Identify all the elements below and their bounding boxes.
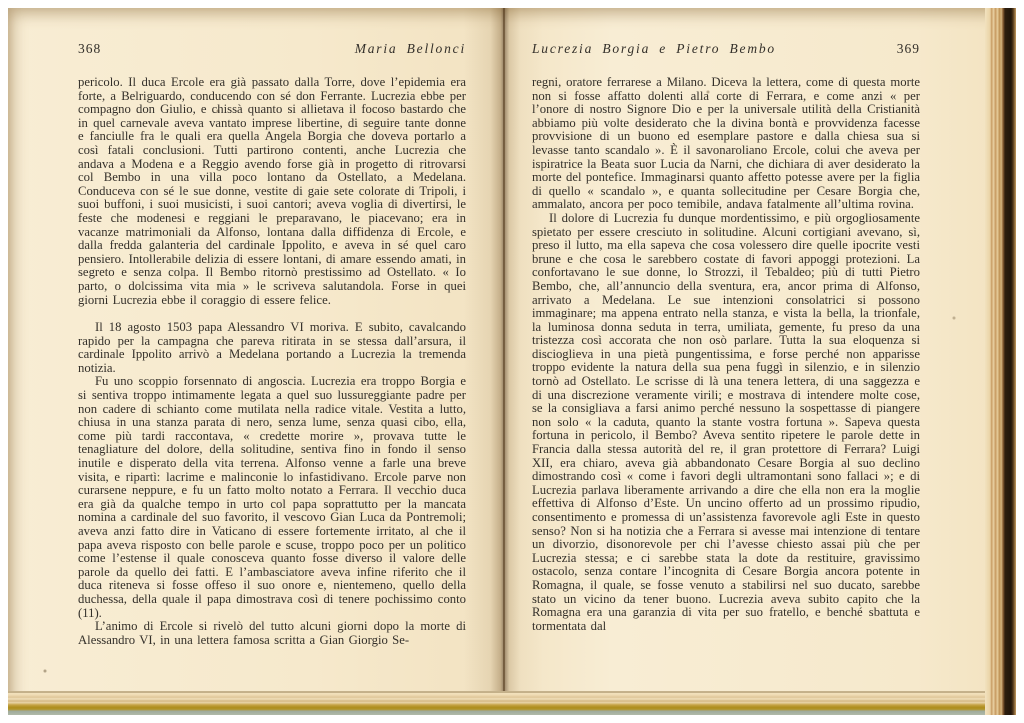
right-page: Lucrezia Borgia e Pietro Bembo 369 regni…: [532, 42, 920, 633]
left-page-header: 368 Maria Bellonci: [78, 42, 466, 56]
book-spread-scan: 368 Maria Bellonci pericolo. Il duca Erc…: [8, 8, 1016, 715]
left-folio-number: 368: [78, 42, 101, 56]
right-running-header: Lucrezia Borgia e Pietro Bembo: [532, 42, 776, 56]
left-page-body: pericolo. Il duca Ercole era già passato…: [78, 76, 466, 647]
left-page: 368 Maria Bellonci pericolo. Il duca Erc…: [78, 42, 466, 647]
book-bottom-edge: [8, 691, 1016, 715]
paragraph: L’animo di Ercole si rivelò del tutto al…: [78, 620, 466, 647]
paragraph: Fu uno scoppio forsennato di angoscia. L…: [78, 375, 466, 620]
paragraph: regni, oratore ferrarese a Milano. Dicev…: [532, 76, 920, 212]
right-page-header: Lucrezia Borgia e Pietro Bembo 369: [532, 42, 920, 56]
paragraph: Il dolore di Lucrezia fu dunque mordenti…: [532, 212, 920, 633]
paragraph: Il 18 agosto 1503 papa Alessandro VI mor…: [78, 321, 466, 375]
page-edges-right: [985, 8, 1016, 715]
paragraph: pericolo. Il duca Ercole era già passato…: [78, 76, 466, 307]
right-folio-number: 369: [897, 42, 920, 56]
book-gutter-shadow: [463, 8, 543, 715]
left-running-header: Maria Bellonci: [355, 42, 466, 56]
right-page-body: regni, oratore ferrarese a Milano. Dicev…: [532, 76, 920, 633]
